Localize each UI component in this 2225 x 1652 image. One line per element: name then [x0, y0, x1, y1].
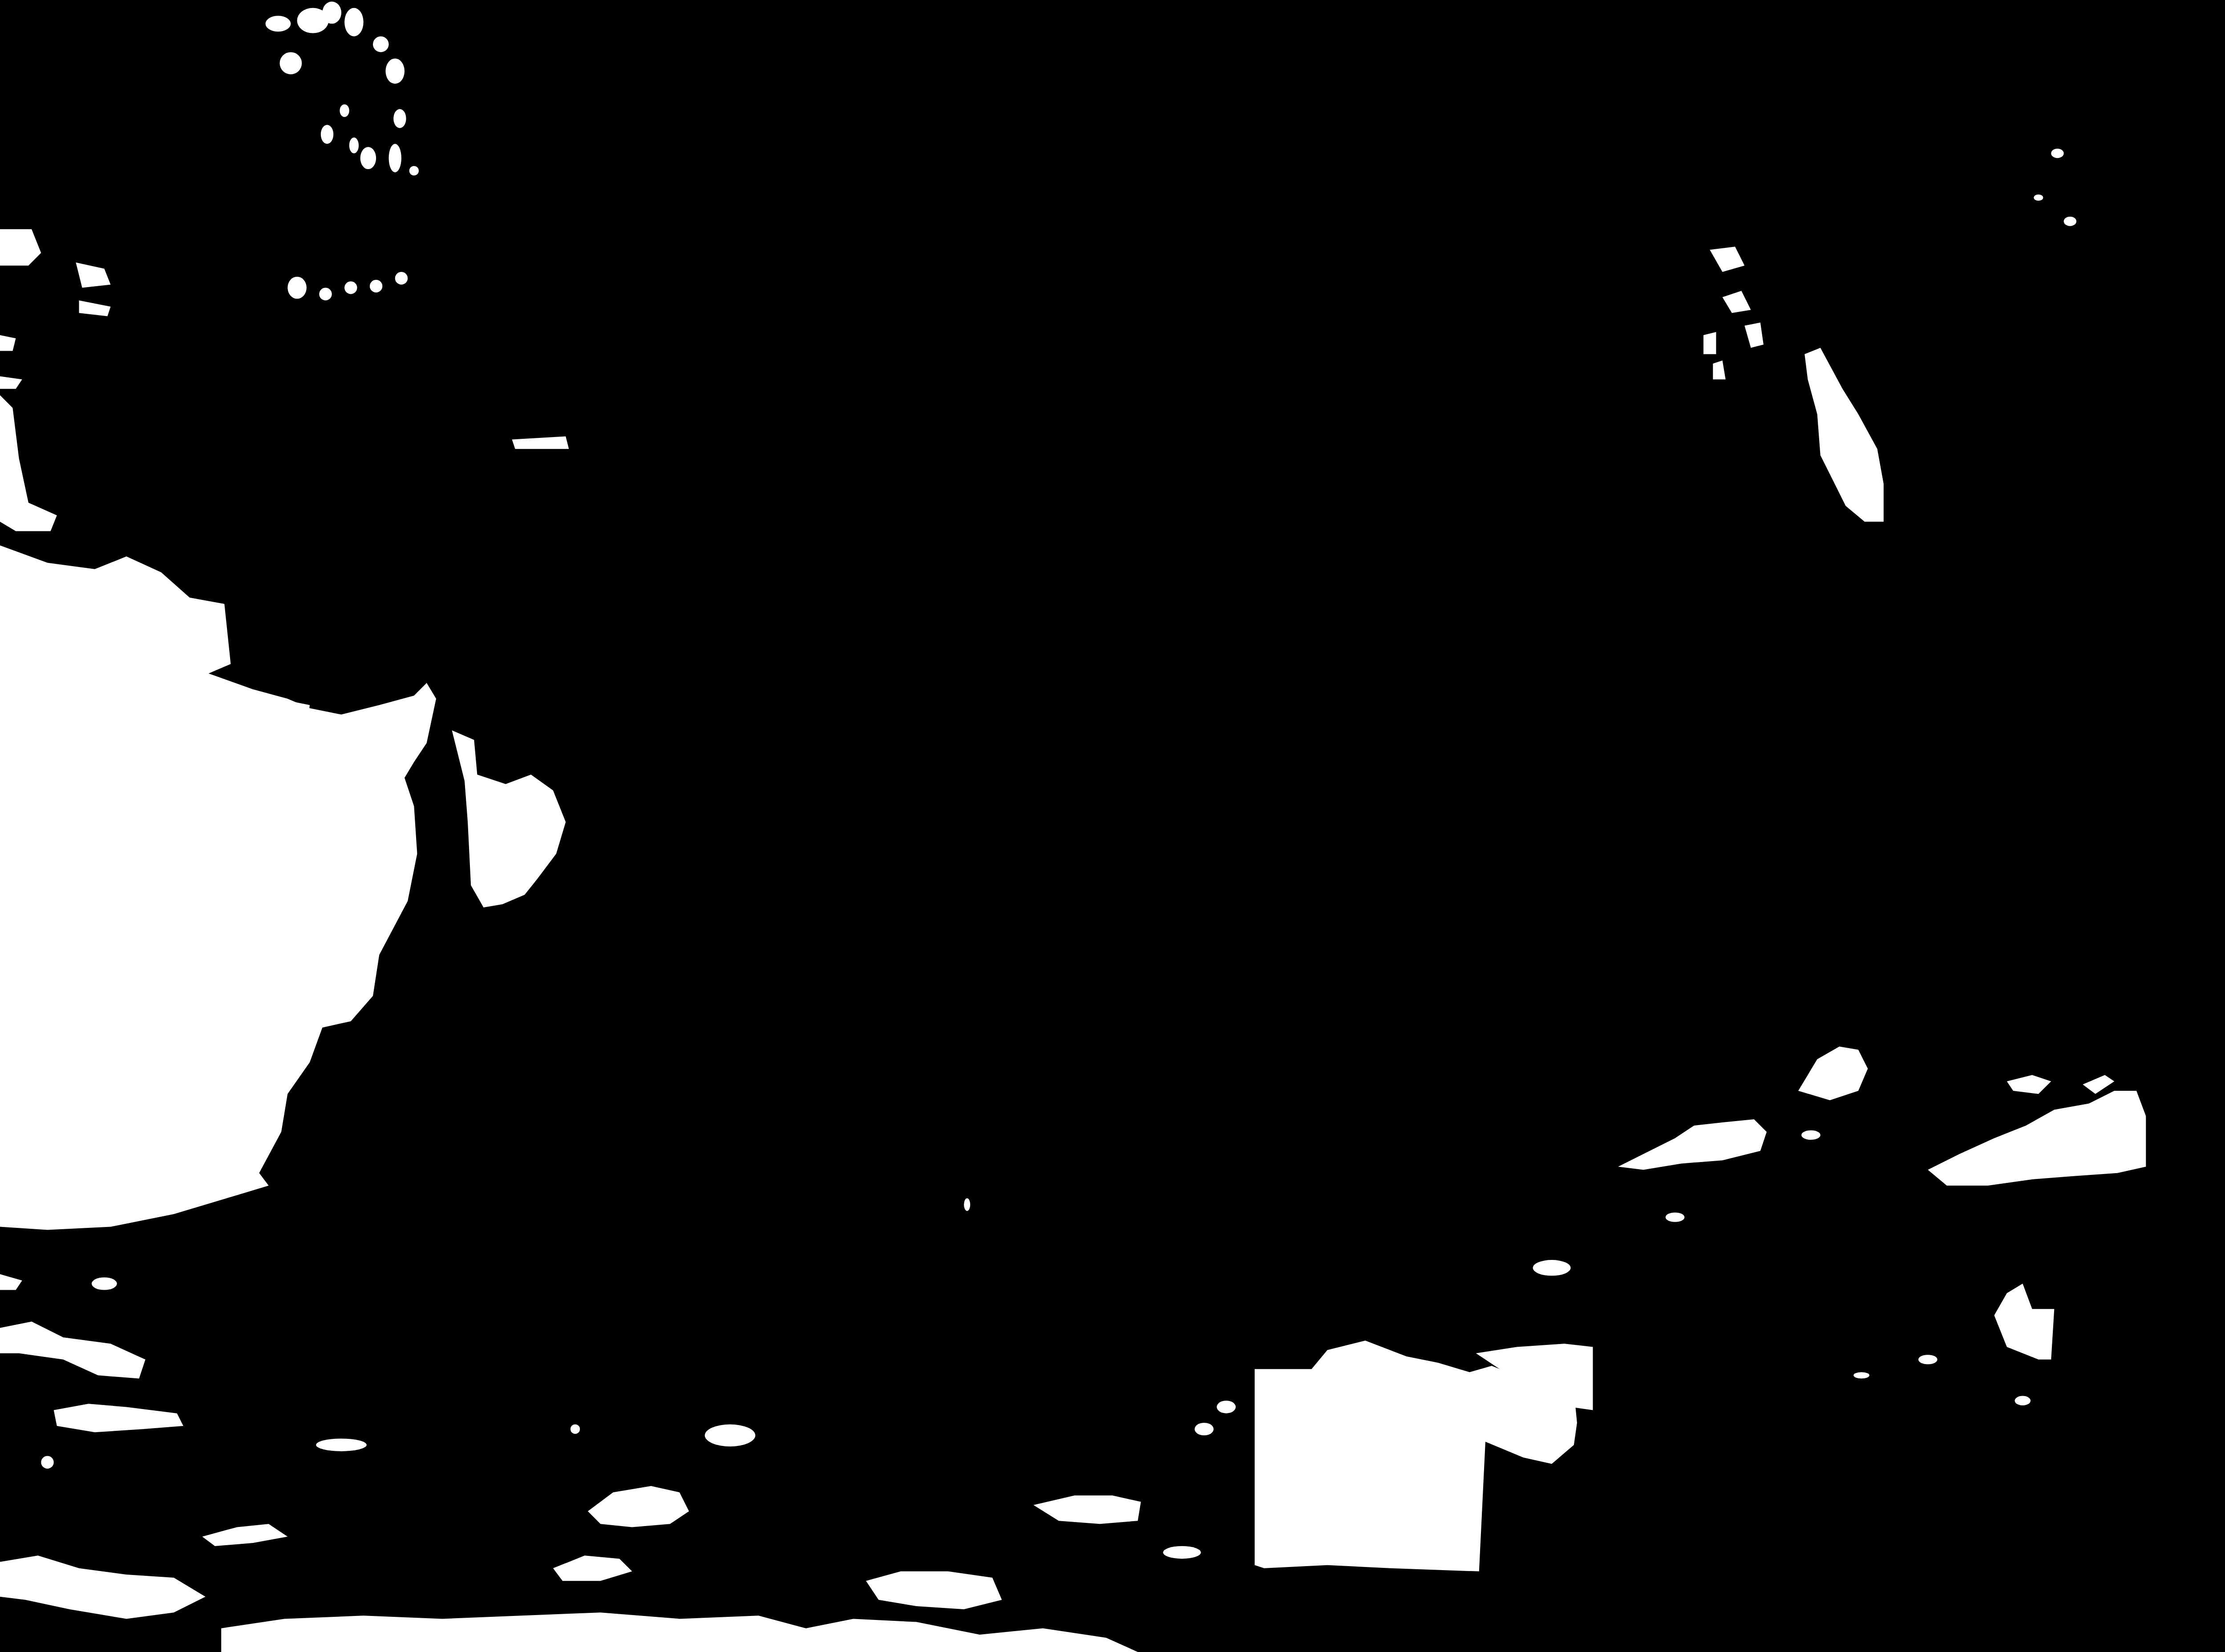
- segmentation-mask: [0, 0, 2225, 1652]
